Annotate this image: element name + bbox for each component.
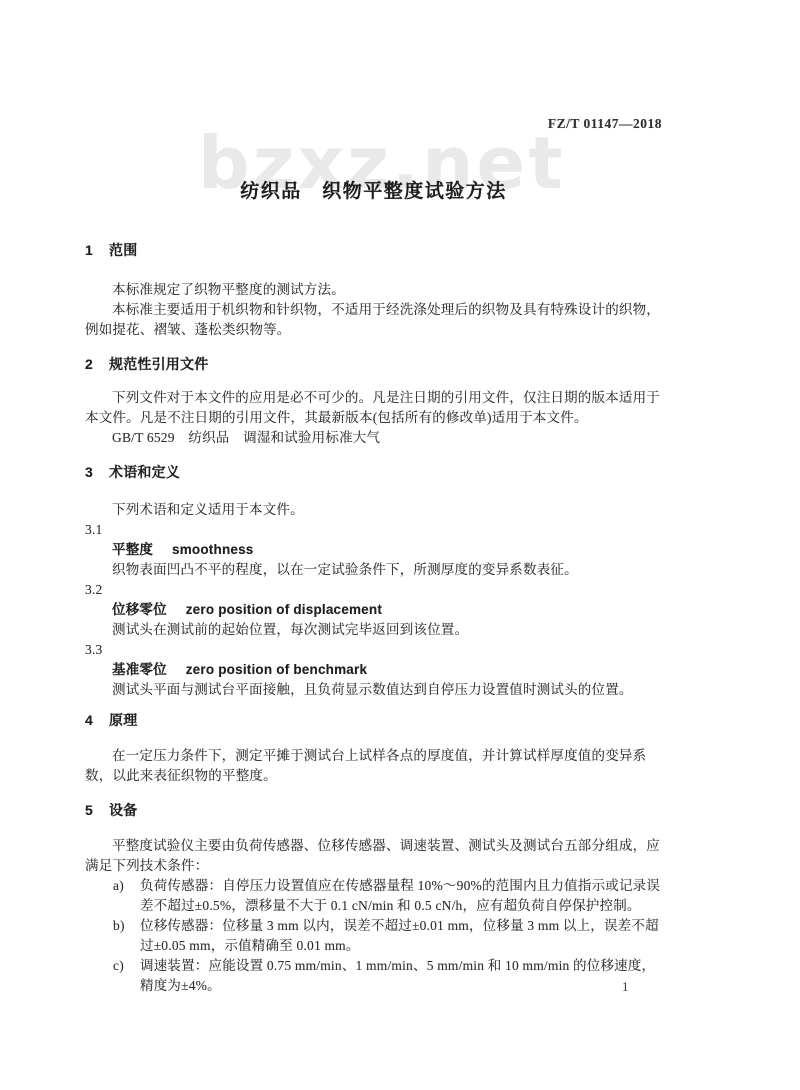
section-title: 规范性引用文件 xyxy=(109,356,208,372)
list-item-text: 调速装置：应能设置 0.75 mm/min、1 mm/min、5 mm/min … xyxy=(140,958,655,993)
section-scope: 1范围 本标准规定了织物平整度的测试方法。 本标准主要适用于机织物和针织物，不适… xyxy=(85,240,662,340)
section-number: 5 xyxy=(85,802,93,818)
term-block: 3.1 平整度smoothness 织物表面凹凸不平的程度，以在一定试验条件下，… xyxy=(85,520,662,580)
list-item-text: 位移传感器：位移量 3 mm 以内，误差不超过±0.01 mm，位移量 3 mm… xyxy=(140,918,659,953)
term-definition: 测试头在测试前的起始位置，每次测试完毕返回到该位置。 xyxy=(85,620,662,640)
section-heading: 5设备 xyxy=(85,800,662,820)
section-title: 原理 xyxy=(109,712,137,728)
section-heading: 4原理 xyxy=(85,710,662,730)
section-heading: 2规范性引用文件 xyxy=(85,354,662,374)
list-marker: b) xyxy=(113,916,125,936)
section-equipment: 5设备 平整度试验仪主要由负荷传感器、位移传感器、调速装置、测试头及测试台五部分… xyxy=(85,800,662,996)
paragraph: 本标准主要适用于机织物和针织物，不适用于经洗涤处理后的织物及具有特殊设计的织物，… xyxy=(85,300,662,340)
document-body: 1范围 本标准规定了织物平整度的测试方法。 本标准主要适用于机织物和针织物，不适… xyxy=(85,240,662,996)
term-definition: 织物表面凹凸不平的程度，以在一定试验条件下，所测厚度的变异系数表征。 xyxy=(85,560,662,580)
section-normative-references: 2规范性引用文件 下列文件对于本文件的应用是必不可少的。凡是注日期的引用文件，仅… xyxy=(85,354,662,448)
term-block: 3.3 基准零位zero position of benchmark 测试头平面… xyxy=(85,640,662,700)
term-number: 3.1 xyxy=(85,520,662,540)
section-principle: 4原理 在一定压力条件下，测定平摊于测试台上试样各点的厚度值，并计算试样厚度值的… xyxy=(85,710,662,786)
term-definition: 测试头平面与测试台平面接触，且负荷显示数值达到自停压力设置值时测试头的位置。 xyxy=(85,680,662,700)
section-number: 4 xyxy=(85,712,93,728)
term-name: 基准零位 xyxy=(112,662,167,677)
section-title: 术语和定义 xyxy=(109,464,180,480)
section-terms-and-definitions: 3术语和定义 下列术语和定义适用于本文件。 3.1 平整度smoothness … xyxy=(85,462,662,700)
paragraph: 在一定压力条件下，测定平摊于测试台上试样各点的厚度值，并计算试样厚度值的变异系数… xyxy=(85,746,662,786)
term-name: 位移零位 xyxy=(112,602,167,617)
section-heading: 1范围 xyxy=(85,240,662,260)
section-number: 1 xyxy=(85,242,93,258)
term-title: 基准零位zero position of benchmark xyxy=(85,660,662,680)
reference-line: GB/T 6529 纺织品 调湿和试验用标准大气 xyxy=(85,428,662,448)
list-item-text: 负荷传感器：自停压力设置值应在传感器量程 10%～90%的范围内且力值指示或记录… xyxy=(140,878,660,913)
section-number: 2 xyxy=(85,356,93,372)
paragraph: 本标准规定了织物平整度的测试方法。 xyxy=(85,280,662,300)
term-name-en: zero position of benchmark xyxy=(186,662,367,677)
document-title: 纺织品 织物平整度试验方法 xyxy=(85,176,662,203)
section-title: 设备 xyxy=(109,802,137,818)
document-page: FZ/T 01147—2018 bzxz.net 纺织品 织物平整度试验方法 1… xyxy=(0,0,800,1090)
term-name: 平整度 xyxy=(112,542,153,557)
term-number: 3.3 xyxy=(85,640,662,660)
list-item: c) 调速装置：应能设置 0.75 mm/min、1 mm/min、5 mm/m… xyxy=(85,956,662,996)
list-item: a) 负荷传感器：自停压力设置值应在传感器量程 10%～90%的范围内且力值指示… xyxy=(85,876,662,916)
section-heading: 3术语和定义 xyxy=(85,462,662,482)
list-item: b) 位移传感器：位移量 3 mm 以内，误差不超过±0.01 mm，位移量 3… xyxy=(85,916,662,956)
paragraph: 下列术语和定义适用于本文件。 xyxy=(85,500,662,520)
term-number: 3.2 xyxy=(85,580,662,600)
paragraph: 下列文件对于本文件的应用是必不可少的。凡是注日期的引用文件，仅注日期的版本适用于… xyxy=(85,388,662,428)
paragraph: 平整度试验仪主要由负荷传感器、位移传感器、调速装置、测试头及测试台五部分组成，应… xyxy=(85,836,662,876)
list-marker: a) xyxy=(113,876,124,896)
section-number: 3 xyxy=(85,464,93,480)
term-title: 平整度smoothness xyxy=(85,540,662,560)
term-block: 3.2 位移零位zero position of displacement 测试… xyxy=(85,580,662,640)
term-title: 位移零位zero position of displacement xyxy=(85,600,662,620)
term-name-en: zero position of displacement xyxy=(186,602,382,617)
term-name-en: smoothness xyxy=(172,542,254,557)
list-marker: c) xyxy=(113,956,124,976)
section-title: 范围 xyxy=(109,242,137,258)
